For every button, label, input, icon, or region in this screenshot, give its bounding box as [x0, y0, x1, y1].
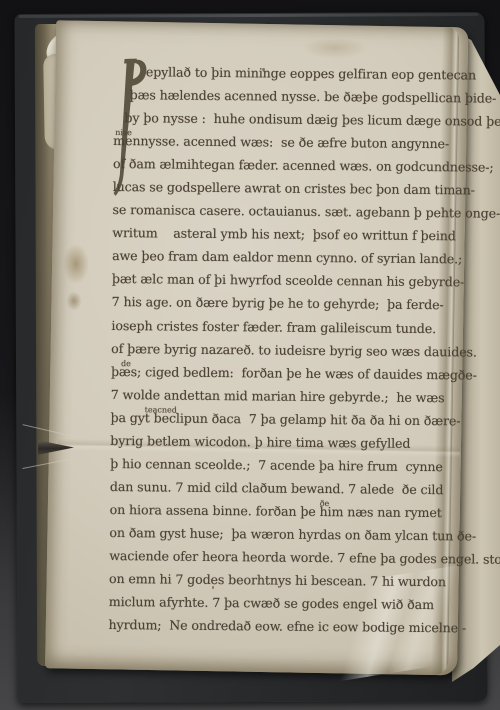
text-line: mennysse. acenned wæs: se ðe æfre buton … — [113, 129, 477, 156]
text-line: lucas se godspellere awrat on cristes be… — [113, 175, 477, 202]
text-line: awe þeo fram dam ealdor menn cynno. of s… — [112, 244, 476, 271]
manuscript-photograph: P epyllað to þin mininge eoppes gelfiran… — [0, 0, 500, 710]
interlinear-gloss: nise — [115, 121, 132, 144]
text-line: by þo nysse : huhe ondisum dæig þes licu… — [113, 106, 477, 133]
text-block: epyllað to þin mininge eoppes gelfiran e… — [108, 60, 478, 640]
interlinear-gloss: teacned — [145, 398, 177, 421]
text-line: waciende ofer heora heorda worde. 7 efne… — [109, 544, 473, 571]
text-line: þæt ælc man of þi hwyrfod sceolde cennan… — [112, 267, 476, 294]
interlinear-gloss: de — [121, 352, 131, 375]
text-line: of ðam ælmihtegan fæder. acenned wæs. on… — [113, 152, 477, 179]
text-line: þæs; ciged bedlem: forðan þe he wæs of d… — [111, 360, 475, 387]
interlinear-gloss: ðe — [320, 492, 330, 515]
text-line: writum asteral ymb his next; þsof eo wri… — [112, 221, 476, 248]
text-line: miclum afyrhte. 7 þa cwæð se godes engel… — [109, 590, 473, 617]
text-line: on ðam gyst huse; þa wæron hyrdas on ðam… — [109, 521, 473, 548]
text-line: of þære byrig nazareð. to iudeisre byrig… — [111, 337, 475, 364]
text-line: hyrdum; Ne ondredað eow. efne ic eow bod… — [108, 613, 472, 640]
text-line: þæs hælendes acenned nysse. be ðæþe gods… — [114, 83, 478, 110]
text-line: dan sunu. 7 mid cild claðum bewand. 7 al… — [110, 475, 474, 502]
text-line: ioseph cristes foster fæder. fram galile… — [111, 314, 475, 341]
text-line: on hiora assena binne. forðan þe him næs… — [110, 498, 474, 525]
text-line: se romanisca casere. octauianus. sæt. ag… — [112, 198, 476, 225]
text-line: on emn hi 7 godes beorhtnys hi bescean. … — [109, 567, 473, 594]
text-line: þa gyt beclipun ðaca 7 þa gelamp hit ða … — [110, 406, 474, 433]
text-line: þ hio cennan sceolde.; 7 acende þa hire … — [110, 452, 474, 479]
text-line: byrig betlem wicodon. þ hire tima wæs ge… — [110, 429, 474, 456]
text-line: 7 his age. on ðære byrig þe he to gehyrd… — [112, 290, 476, 317]
text-line: epyllað to þin mininge eoppes gelfiran e… — [114, 60, 478, 87]
